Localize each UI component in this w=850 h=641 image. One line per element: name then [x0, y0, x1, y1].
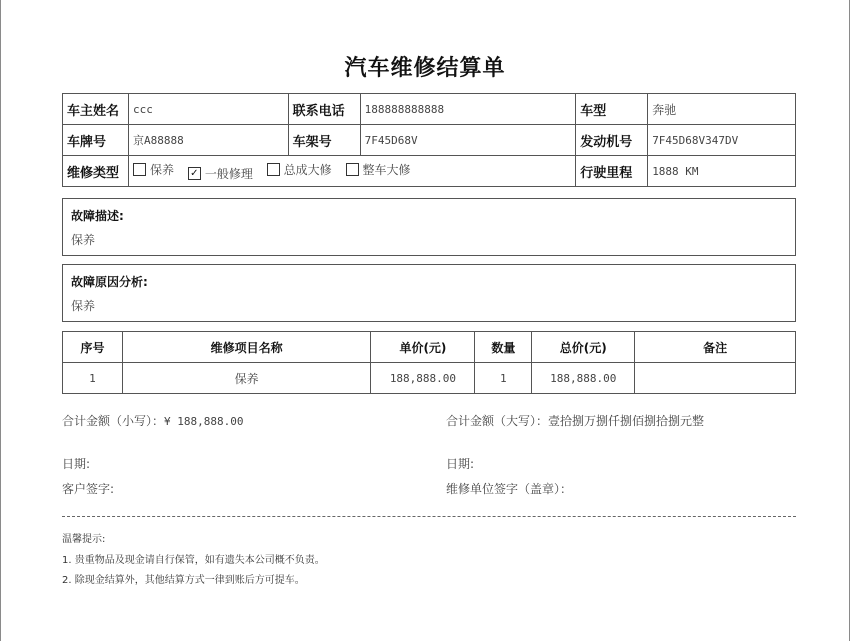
checkbox-icon[interactable]: [133, 163, 146, 176]
cell-item-name: 保养: [122, 363, 371, 394]
repair-type-full-overhaul[interactable]: 整车大修: [346, 161, 411, 178]
repair-type-label: 维修类型: [63, 156, 129, 187]
total-small-label: 合计金额（小写）：: [62, 414, 164, 428]
repair-type-maintenance[interactable]: 保养: [133, 161, 174, 178]
customer-signature-label: 客户签字:: [62, 480, 114, 497]
notes-title: 温馨提示:: [62, 530, 105, 545]
column-header: 数量: [475, 332, 532, 363]
total-big-label: 合计金额（大写）：: [446, 414, 548, 428]
checkbox-icon[interactable]: [267, 163, 280, 176]
checkbox-label: 总成大修: [284, 161, 332, 178]
note-item: 2. 除现金结算外，其他结算方式一律到账后方可提车。: [62, 571, 305, 586]
checkbox-icon[interactable]: [346, 163, 359, 176]
frame-value: 7F45D68V: [360, 125, 576, 156]
table-header-row: 序号 维修项目名称 单价(元) 数量 总价(元) 备注: [63, 332, 796, 363]
fault-description-value: 保养: [71, 231, 95, 248]
vehicle-info-table: 车主姓名 ccc 联系电话 188888888888 车型 奔驰 车牌号 京A8…: [62, 93, 796, 187]
fault-analysis-box: 故障原因分析: 保养: [62, 264, 796, 322]
owner-value: ccc: [128, 94, 288, 125]
column-header: 总价(元): [532, 332, 635, 363]
repair-type-options: 保养 ✓ 一般修理 总成大修 整车大修: [128, 156, 575, 187]
column-header: 维修项目名称: [122, 332, 371, 363]
repair-type-assembly-overhaul[interactable]: 总成大修: [267, 161, 332, 178]
total-big: 合计金额（大写）：壹拾捌万捌仟捌佰捌拾捌元整: [446, 412, 704, 429]
checkbox-label: 保养: [150, 161, 174, 178]
total-big-value: 壹拾捌万捌仟捌佰捌拾捌元整: [548, 414, 704, 428]
table-row: 1 保养 188,888.00 1 188,888.00: [63, 363, 796, 394]
document-page: 汽车维修结算单 车主姓名 ccc 联系电话 188888888888 车型 奔驰…: [0, 0, 850, 641]
frame-label: 车架号: [288, 125, 360, 156]
mileage-label: 行驶里程: [576, 156, 648, 187]
info-row: 车主姓名 ccc 联系电话 188888888888 车型 奔驰: [63, 94, 796, 125]
shop-signature-label: 维修单位签字（盖章）：: [446, 480, 572, 497]
cell-index: 1: [63, 363, 123, 394]
column-header: 单价(元): [371, 332, 475, 363]
fault-analysis-value: 保养: [71, 297, 95, 314]
owner-label: 车主姓名: [63, 94, 129, 125]
total-small: 合计金额（小写）：¥ 188,888.00: [62, 412, 244, 429]
engine-value: 7F45D68V347DV: [648, 125, 796, 156]
engine-label: 发动机号: [576, 125, 648, 156]
phone-value: 188888888888: [360, 94, 576, 125]
fault-description-box: 故障描述: 保养: [62, 198, 796, 256]
total-small-value: ¥ 188,888.00: [164, 415, 243, 428]
fault-analysis-label: 故障原因分析:: [71, 273, 148, 290]
cell-quantity: 1: [475, 363, 532, 394]
checkbox-checked-icon[interactable]: ✓: [188, 167, 201, 180]
cell-remark: [635, 363, 796, 394]
info-row: 车牌号 京A88888 车架号 7F45D68V 发动机号 7F45D68V34…: [63, 125, 796, 156]
dashed-divider: [62, 516, 796, 517]
repair-type-general[interactable]: ✓ 一般修理: [188, 165, 253, 182]
column-header: 备注: [635, 332, 796, 363]
info-row: 维修类型 保养 ✓ 一般修理 总成大修 整车大修: [63, 156, 796, 187]
repair-items-table: 序号 维修项目名称 单价(元) 数量 总价(元) 备注 1 保养 188,888…: [62, 331, 796, 394]
plate-value: 京A88888: [128, 125, 288, 156]
note-item: 1. 贵重物品及现金请自行保管，如有遗失本公司概不负责。: [62, 551, 325, 566]
checkbox-label: 整车大修: [363, 161, 411, 178]
shop-date-label: 日期:: [446, 455, 474, 472]
phone-label: 联系电话: [288, 94, 360, 125]
model-value: 奔驰: [648, 94, 796, 125]
cell-total-price: 188,888.00: [532, 363, 635, 394]
column-header: 序号: [63, 332, 123, 363]
checkbox-label: 一般修理: [205, 165, 253, 182]
fault-description-label: 故障描述:: [71, 207, 124, 224]
mileage-value: 1888 KM: [648, 156, 796, 187]
cell-unit-price: 188,888.00: [371, 363, 475, 394]
customer-date-label: 日期:: [62, 455, 90, 472]
page-title: 汽车维修结算单: [1, 51, 849, 82]
plate-label: 车牌号: [63, 125, 129, 156]
model-label: 车型: [576, 94, 648, 125]
